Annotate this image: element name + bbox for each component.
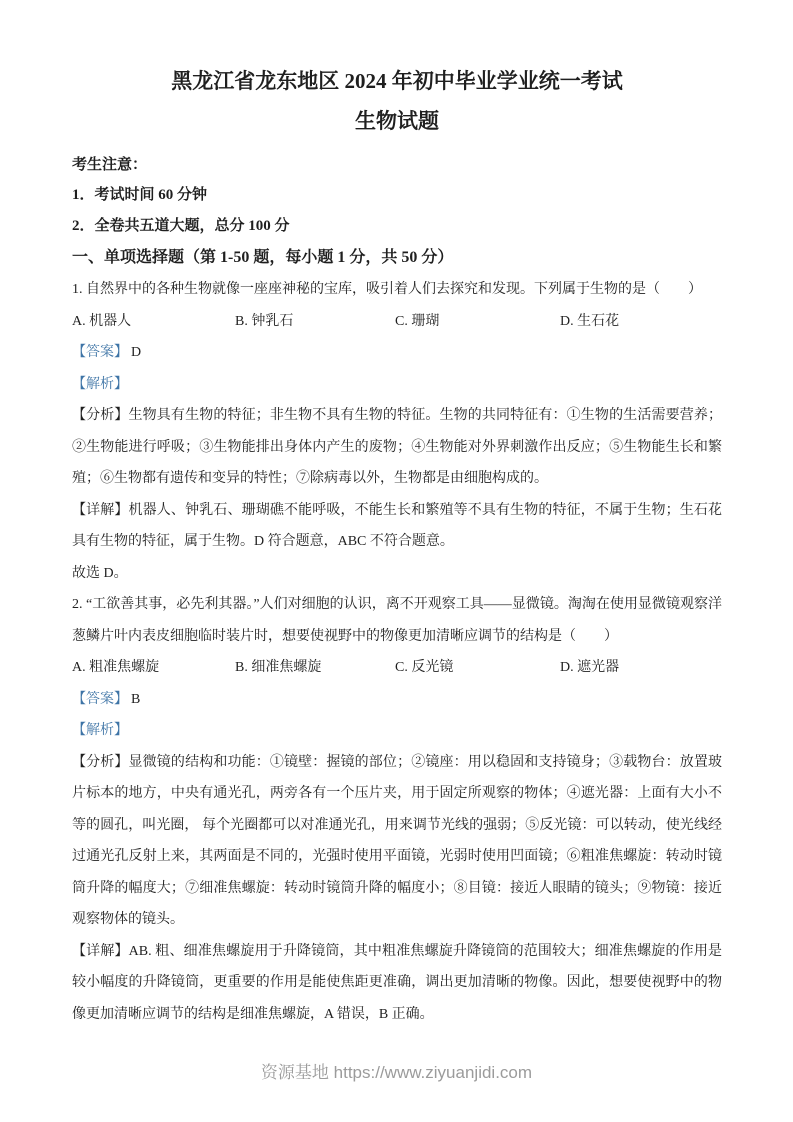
footer-watermark: 资源基地 https://www.ziyuanjidi.com (0, 1062, 793, 1084)
answer-line: 【答案】D (72, 337, 722, 369)
answer-value: D (131, 345, 141, 360)
option-c: C. 珊瑚 (395, 306, 560, 338)
option-b: B. 钟乳石 (235, 306, 395, 338)
analysis-paragraph: 【分析】显微镜的结构和功能：①镜壁：握镜的部位；②镜座：用以稳固和支持镜身；③载… (72, 747, 722, 936)
page-subtitle: 生物试题 (72, 108, 722, 134)
option-a: A. 粗准焦螺旋 (72, 652, 235, 684)
answer-value: B (131, 692, 140, 707)
section-heading: 一、单项选择题（第 1-50 题，每小题 1 分，共 50 分） (72, 242, 722, 274)
notice-item-1: 1．考试时间 60 分钟 (72, 180, 722, 211)
question-stem: 1. 自然界中的各种生物就像一座座神秘的宝库，吸引着人们去探究和发现。下列属于生… (72, 274, 722, 306)
notice-heading: 考生注意： (72, 150, 722, 180)
options-row: A. 粗准焦螺旋 B. 细准焦螺旋 C. 反光镜 D. 遮光器 (72, 652, 722, 684)
conclusion-line: 故选 D。 (72, 558, 722, 590)
option-a: A. 机器人 (72, 306, 235, 338)
notice-item-2: 2．全卷共五道大题，总分 100 分 (72, 211, 722, 242)
question-block-2: 2. “工欲善其事，必先利其器。”人们对细胞的认识，离不开观察工具——显微镜。淘… (72, 589, 722, 1030)
explanation-line: 【解析】 (72, 369, 722, 401)
question-stem: 2. “工欲善其事，必先利其器。”人们对细胞的认识，离不开观察工具——显微镜。淘… (72, 589, 722, 652)
document-page: 黑龙江省龙东地区 2024 年初中毕业学业统一考试 生物试题 考生注意： 1．考… (0, 0, 793, 1122)
option-d: D. 生石花 (560, 306, 722, 338)
question-block-1: 1. 自然界中的各种生物就像一座座神秘的宝库，吸引着人们去探究和发现。下列属于生… (72, 274, 722, 589)
explanation-label: 【解析】 (72, 723, 128, 738)
answer-label: 【答案】 (72, 692, 128, 707)
answer-line: 【答案】B (72, 684, 722, 716)
analysis-paragraph: 【分析】生物具有生物的特征；非生物不具有生物的特征。生物的共同特征有：①生物的生… (72, 400, 722, 495)
page-title: 黑龙江省龙东地区 2024 年初中毕业学业统一考试 (72, 68, 722, 94)
explanation-label: 【解析】 (72, 377, 128, 392)
detail-paragraph: 【详解】AB. 粗、细准焦螺旋用于升降镜筒，其中粗准焦螺旋升降镜筒的范围较大；细… (72, 936, 722, 1031)
option-d: D. 遮光器 (560, 652, 722, 684)
detail-paragraph: 【详解】机器人、钟乳石、珊瑚礁不能呼吸，不能生长和繁殖等不具有生物的特征，不属于… (72, 495, 722, 558)
option-b: B. 细准焦螺旋 (235, 652, 395, 684)
answer-label: 【答案】 (72, 345, 128, 360)
option-c: C. 反光镜 (395, 652, 560, 684)
explanation-line: 【解析】 (72, 715, 722, 747)
options-row: A. 机器人 B. 钟乳石 C. 珊瑚 D. 生石花 (72, 306, 722, 338)
